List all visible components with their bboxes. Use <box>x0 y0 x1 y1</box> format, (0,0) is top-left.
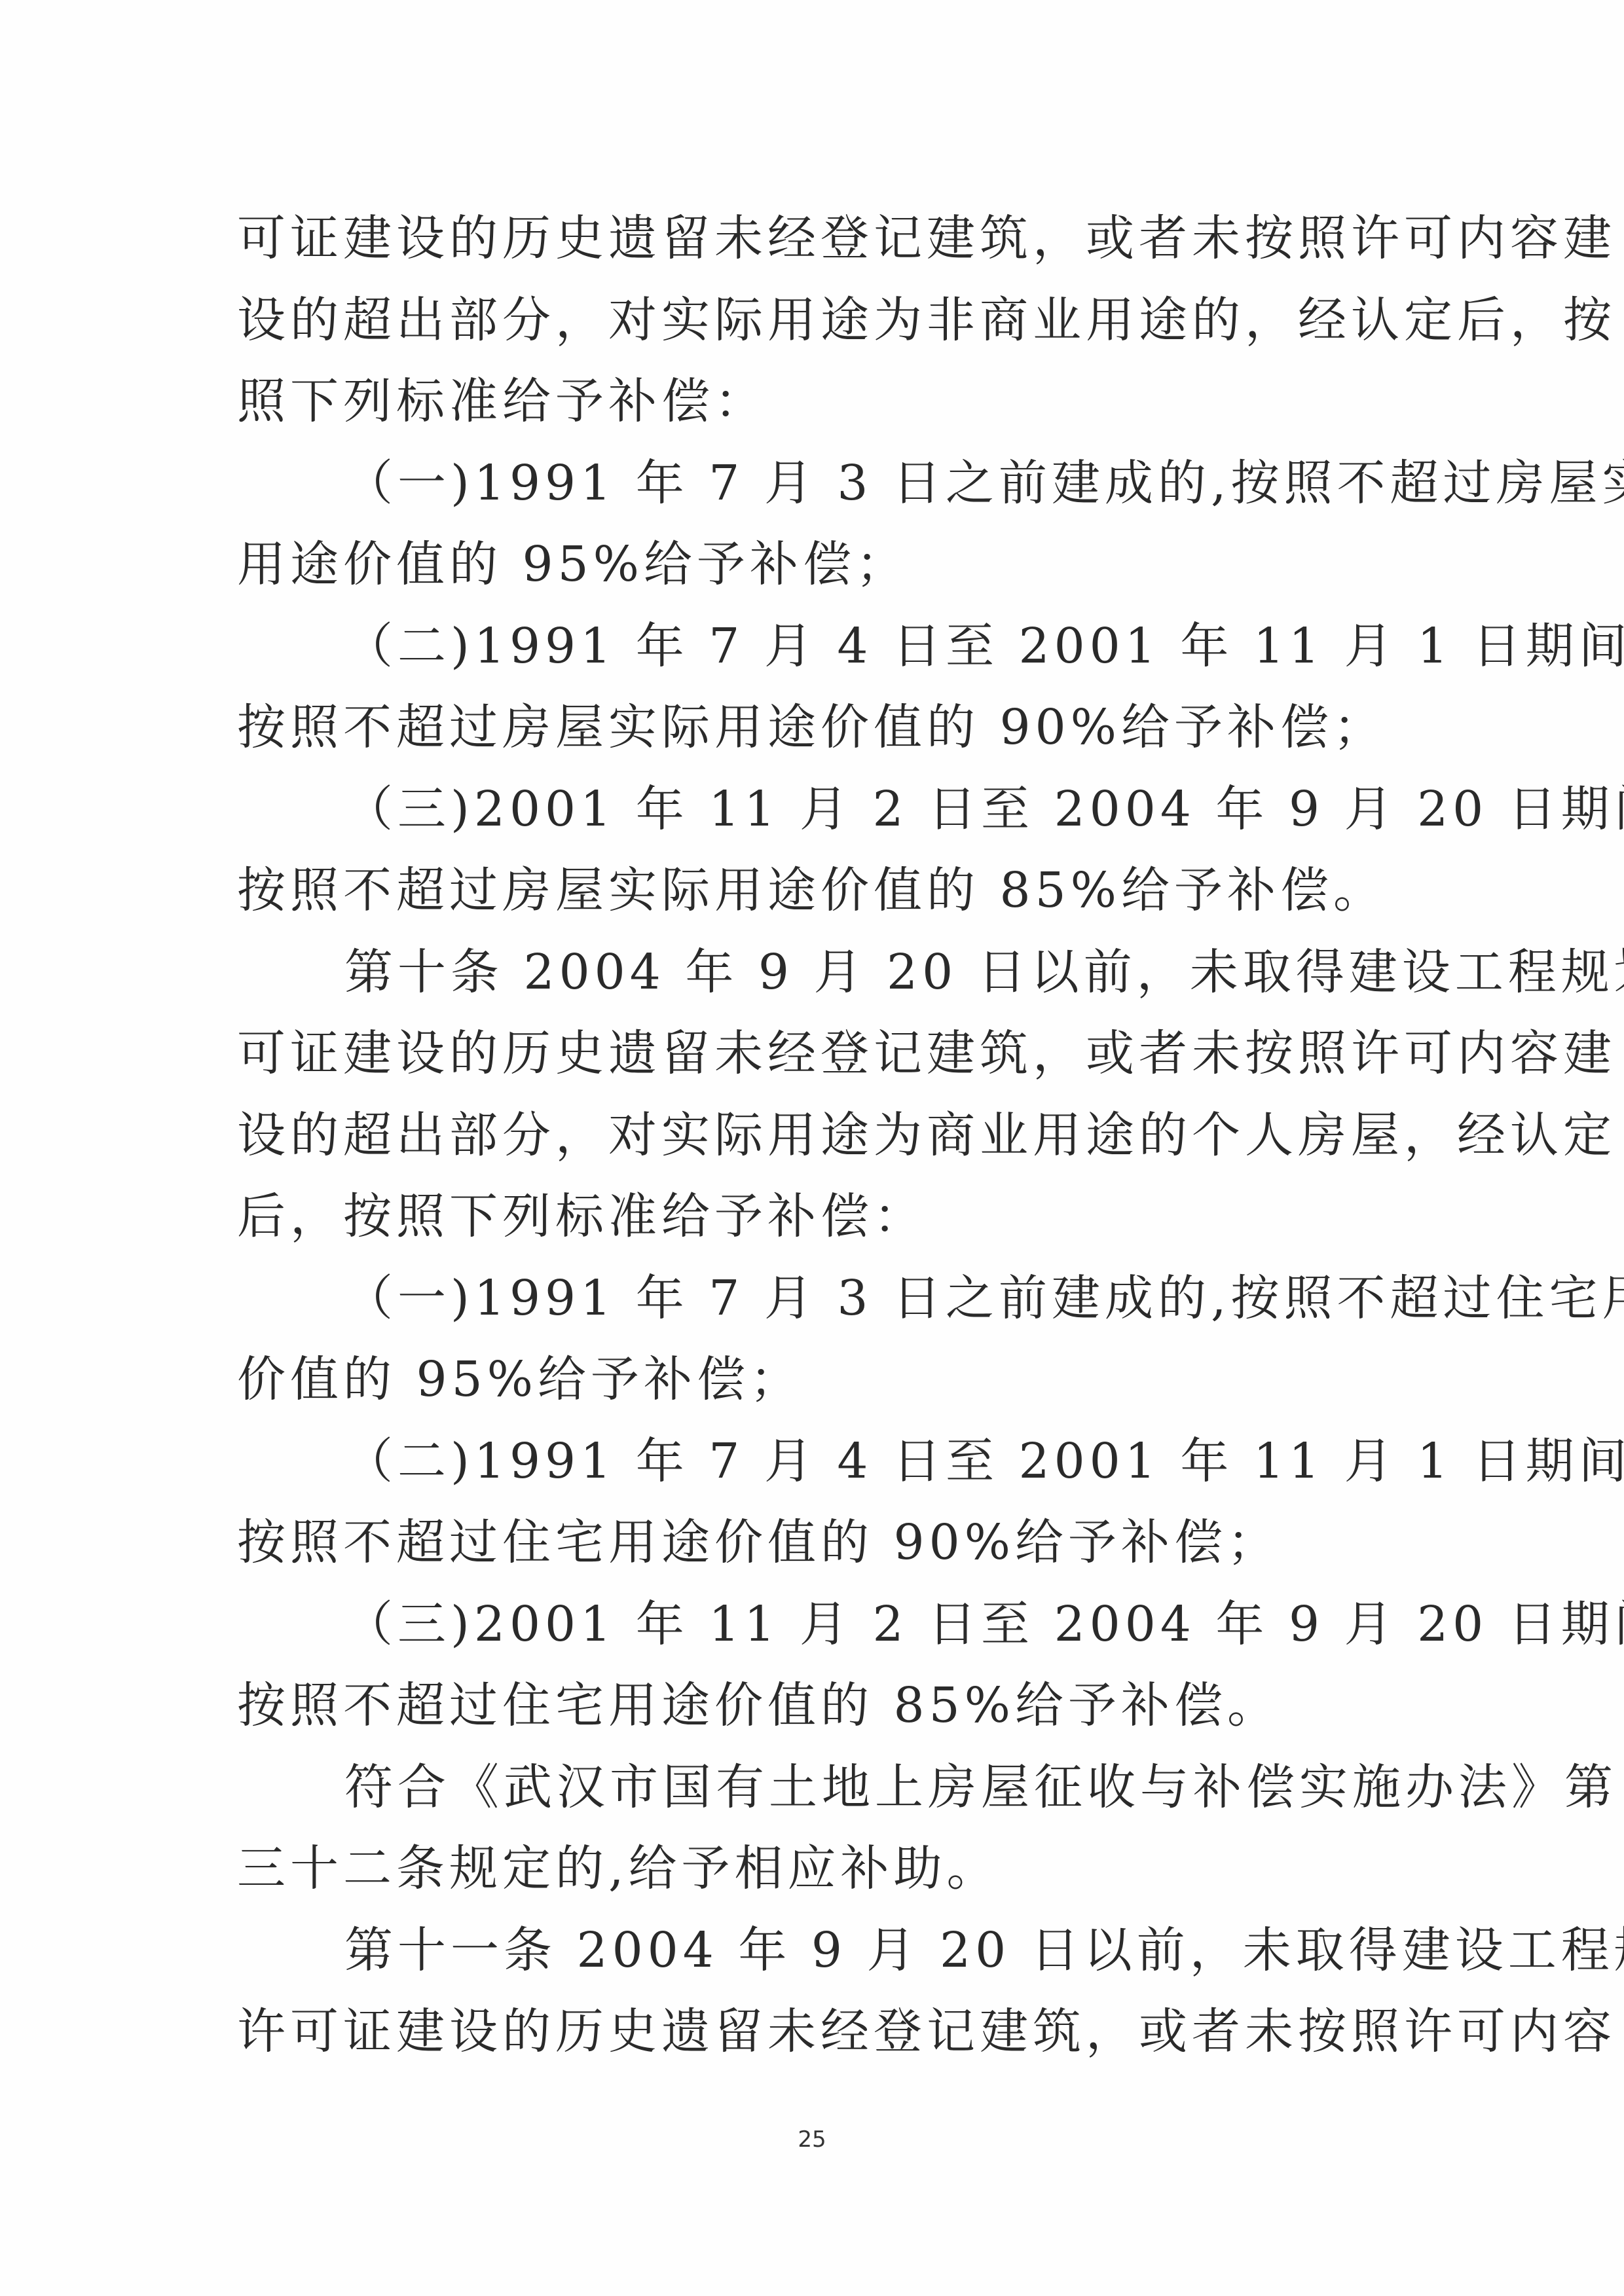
article-10-heading-line: 第十条 2004 年 9 月 20 日以前，未取得建设工程规划许 <box>237 932 1376 1013</box>
text-line: 设的超出部分，对实际用途为非商业用途的，经认定后，按 <box>237 280 1376 361</box>
text-line: 许可证建设的历史遗留未经登记建筑，或者未按照许可内容 <box>237 1991 1376 2073</box>
text-line: 照下列标准给予补偿： <box>237 361 1376 443</box>
text-line: 设的超出部分，对实际用途为商业用途的个人房屋，经认定 <box>237 1095 1376 1176</box>
text-line: 按照不超过住宅用途价值的 90%给予补偿； <box>237 1502 1376 1584</box>
text-line: （一)1991 年 7 月 3 日之前建成的,按照不超过房屋实际 <box>237 443 1376 524</box>
text-line: 用途价值的 95%给予补偿； <box>237 524 1376 606</box>
text-line: 后，按照下列标准给予补偿： <box>237 1176 1376 1258</box>
text-line: 按照不超过房屋实际用途价值的 90%给予补偿； <box>237 687 1376 769</box>
text-line: 按照不超过房屋实际用途价值的 85%给予补偿。 <box>237 850 1376 932</box>
text-line: 按照不超过住宅用途价值的 85%给予补偿。 <box>237 1665 1376 1747</box>
text-line: （三)2001 年 11 月 2 日至 2004 年 9 月 20 日期间建成的… <box>237 769 1376 850</box>
body-text: 可证建设的历史遗留未经登记建筑，或者未按照许可内容建 设的超出部分，对实际用途为… <box>237 198 1376 2073</box>
text-line: 可证建设的历史遗留未经登记建筑，或者未按照许可内容建 <box>237 198 1376 280</box>
text-line: （一)1991 年 7 月 3 日之前建成的,按照不超过住宅用途 <box>237 1258 1376 1339</box>
article-11-heading-line: 第十一条 2004 年 9 月 20 日以前，未取得建设工程规划 <box>237 1910 1376 1992</box>
text-line: （二)1991 年 7 月 4 日至 2001 年 11 月 1 日期间建成的， <box>237 1421 1376 1503</box>
page-number: 25 <box>0 2126 1624 2153</box>
text-line: 三十二条规定的,给予相应补助。 <box>237 1828 1376 1910</box>
text-line: 价值的 95%给予补偿； <box>237 1339 1376 1421</box>
text-line: 符合《武汉市国有土地上房屋征收与补偿实施办法》第 <box>237 1747 1376 1829</box>
text-line: 可证建设的历史遗留未经登记建筑，或者未按照许可内容建 <box>237 1013 1376 1095</box>
text-line: （三)2001 年 11 月 2 日至 2004 年 9 月 20 日期间建成的… <box>237 1584 1376 1666</box>
text-line: （二)1991 年 7 月 4 日至 2001 年 11 月 1 日期间建成的， <box>237 606 1376 687</box>
document-page: 可证建设的历史遗留未经登记建筑，或者未按照许可内容建 设的超出部分，对实际用途为… <box>0 0 1624 2296</box>
